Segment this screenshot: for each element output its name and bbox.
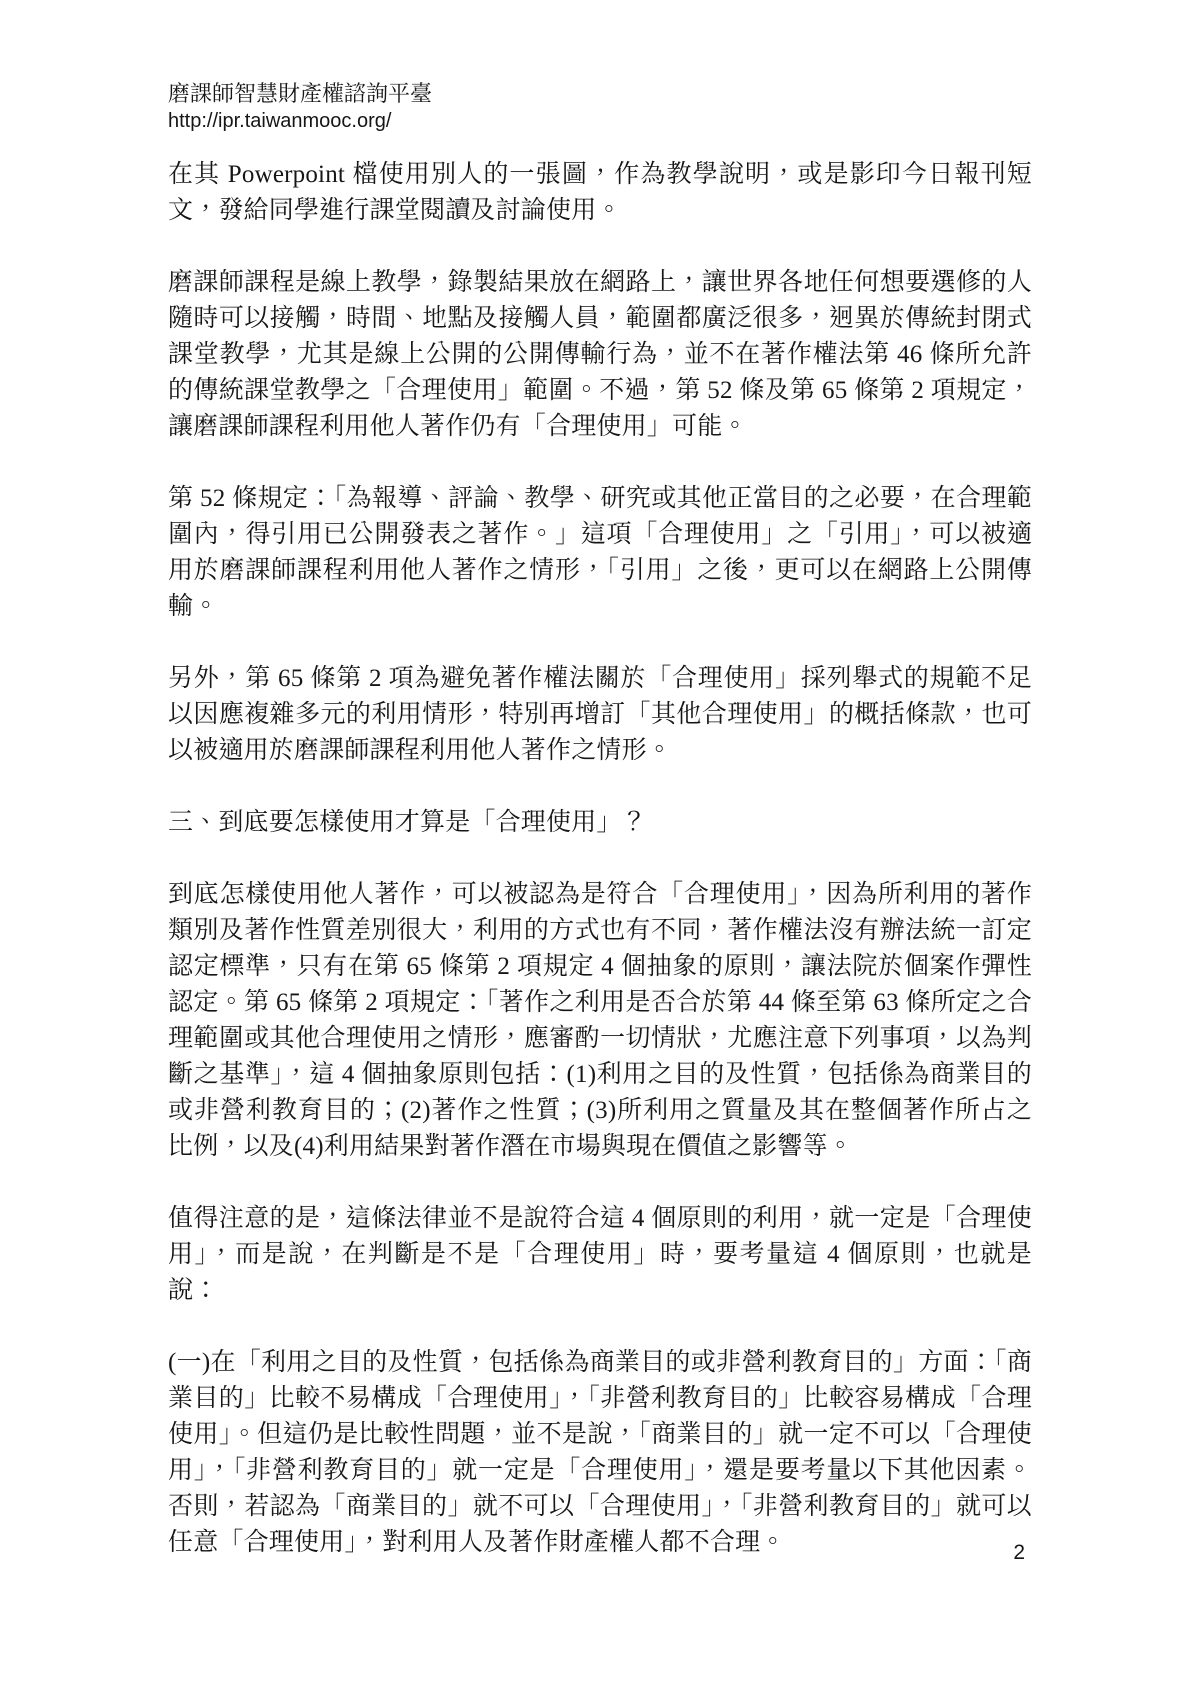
document-body: 在其 Powerpoint 檔使用別人的一張圖，作為教學說明，或是影印今日報刊短… [168, 157, 1032, 1561]
article-65-paragraph: 另外，第 65 條第 2 項為避免著作權法關於「合理使用」採列舉式的規範不足以因… [168, 661, 1032, 769]
principle-1-paragraph: (一)在「利用之目的及性質，包括係為商業目的或非營利教育目的」方面：「商業目的」… [168, 1345, 1032, 1561]
document-header: 磨課師智慧財產權諮詢平臺 http://ipr.taiwanmooc.org/ [168, 80, 1032, 135]
mooc-online-teaching-paragraph: 磨課師課程是線上教學，錄製結果放在網路上，讓世界各地任何想要選修的人隨時可以接觸… [168, 265, 1032, 445]
section-3-heading: 三、到底要怎樣使用才算是「合理使用」？ [168, 805, 1032, 841]
page-number: 2 [1013, 1540, 1025, 1566]
note-paragraph: 值得注意的是，這條法律並不是說符合這 4 個原則的利用，就一定是「合理使用」，而… [168, 1201, 1032, 1309]
site-title: 磨課師智慧財產權諮詢平臺 [168, 80, 1032, 108]
site-url: http://ipr.taiwanmooc.org/ [168, 108, 1032, 135]
intro-paragraph: 在其 Powerpoint 檔使用別人的一張圖，作為教學說明，或是影印今日報刊短… [168, 157, 1032, 229]
article-52-paragraph: 第 52 條規定：「為報導、評論、教學、研究或其他正當目的之必要，在合理範圍內，… [168, 481, 1032, 625]
four-principles-paragraph: 到底怎樣使用他人著作，可以被認為是符合「合理使用」，因為所利用的著作類別及著作性… [168, 877, 1032, 1165]
document-page: 磨課師智慧財產權諮詢平臺 http://ipr.taiwanmooc.org/ … [0, 0, 1191, 1684]
